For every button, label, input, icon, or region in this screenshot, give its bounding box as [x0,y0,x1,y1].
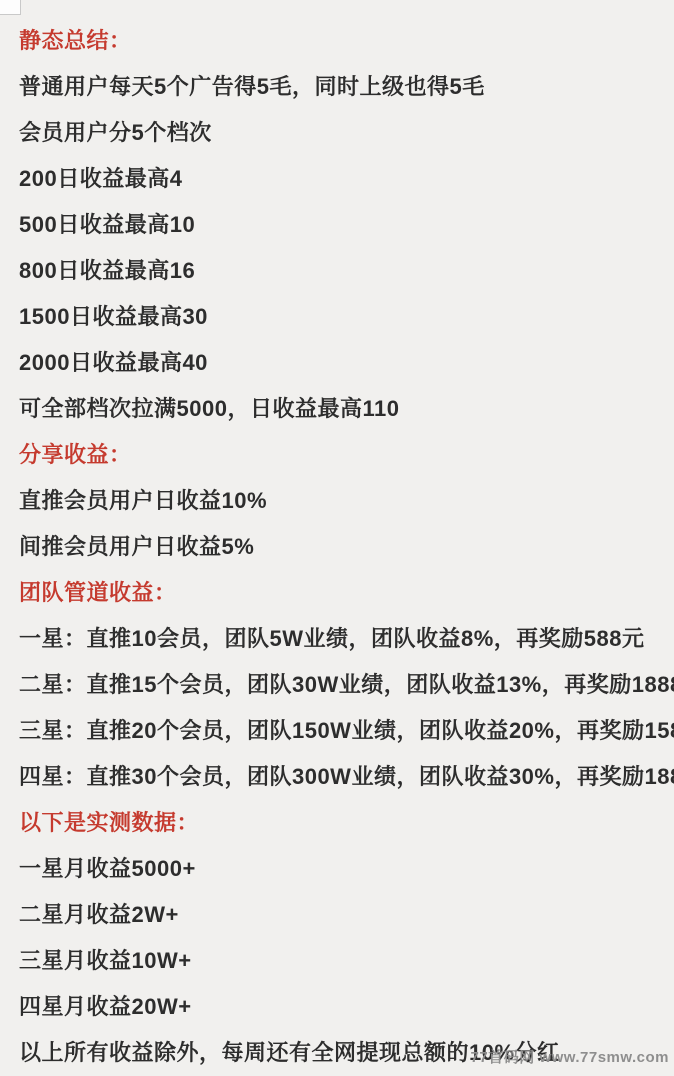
text-line: 可全部档次拉满5000，日收益最高110 [0,384,674,430]
document-page: 静态总结： 普通用户每天5个广告得5毛，同时上级也得5毛 会员用户分5个档次 2… [0,0,674,1076]
text-line: 1500日收益最高30 [0,292,674,338]
text-line: 500日收益最高10 [0,200,674,246]
section-header-team-income: 团队管道收益： [0,568,674,614]
text-line: 一星：直推10会员，团队5W业绩，团队收益8%，再奖励588元 [0,614,674,660]
text-line: 二星：直推15个会员，团队30W业绩，团队收益13%，再奖励1888元 [0,660,674,706]
corner-box [0,0,21,15]
document-content: 静态总结： 普通用户每天5个广告得5毛，同时上级也得5毛 会员用户分5个档次 2… [0,16,674,1074]
text-line: 二星月收益2W+ [0,890,674,936]
section-header-static-summary: 静态总结： [0,16,674,62]
text-line: 会员用户分5个档次 [0,108,674,154]
text-line: 一星月收益5000+ [0,844,674,890]
text-line: 2000日收益最高40 [0,338,674,384]
text-line: 三星月收益10W+ [0,936,674,982]
text-line: 普通用户每天5个广告得5毛，同时上级也得5毛 [0,62,674,108]
text-line: 间推会员用户日收益5% [0,522,674,568]
text-line: 800日收益最高16 [0,246,674,292]
section-header-share-income: 分享收益： [0,430,674,476]
text-line: 四星月收益20W+ [0,982,674,1028]
section-header-measured-data: 以下是实测数据： [0,798,674,844]
text-line: 四星：直推30个会员，团队300W业绩，团队收益30%，再奖励18888元 [0,752,674,798]
watermark: 77首码网 www.77smw.com [471,1046,669,1067]
text-line: 三星：直推20个会员，团队150W业绩，团队收益20%，再奖励15888元 [0,706,674,752]
text-line: 200日收益最高4 [0,154,674,200]
text-line: 直推会员用户日收益10% [0,476,674,522]
